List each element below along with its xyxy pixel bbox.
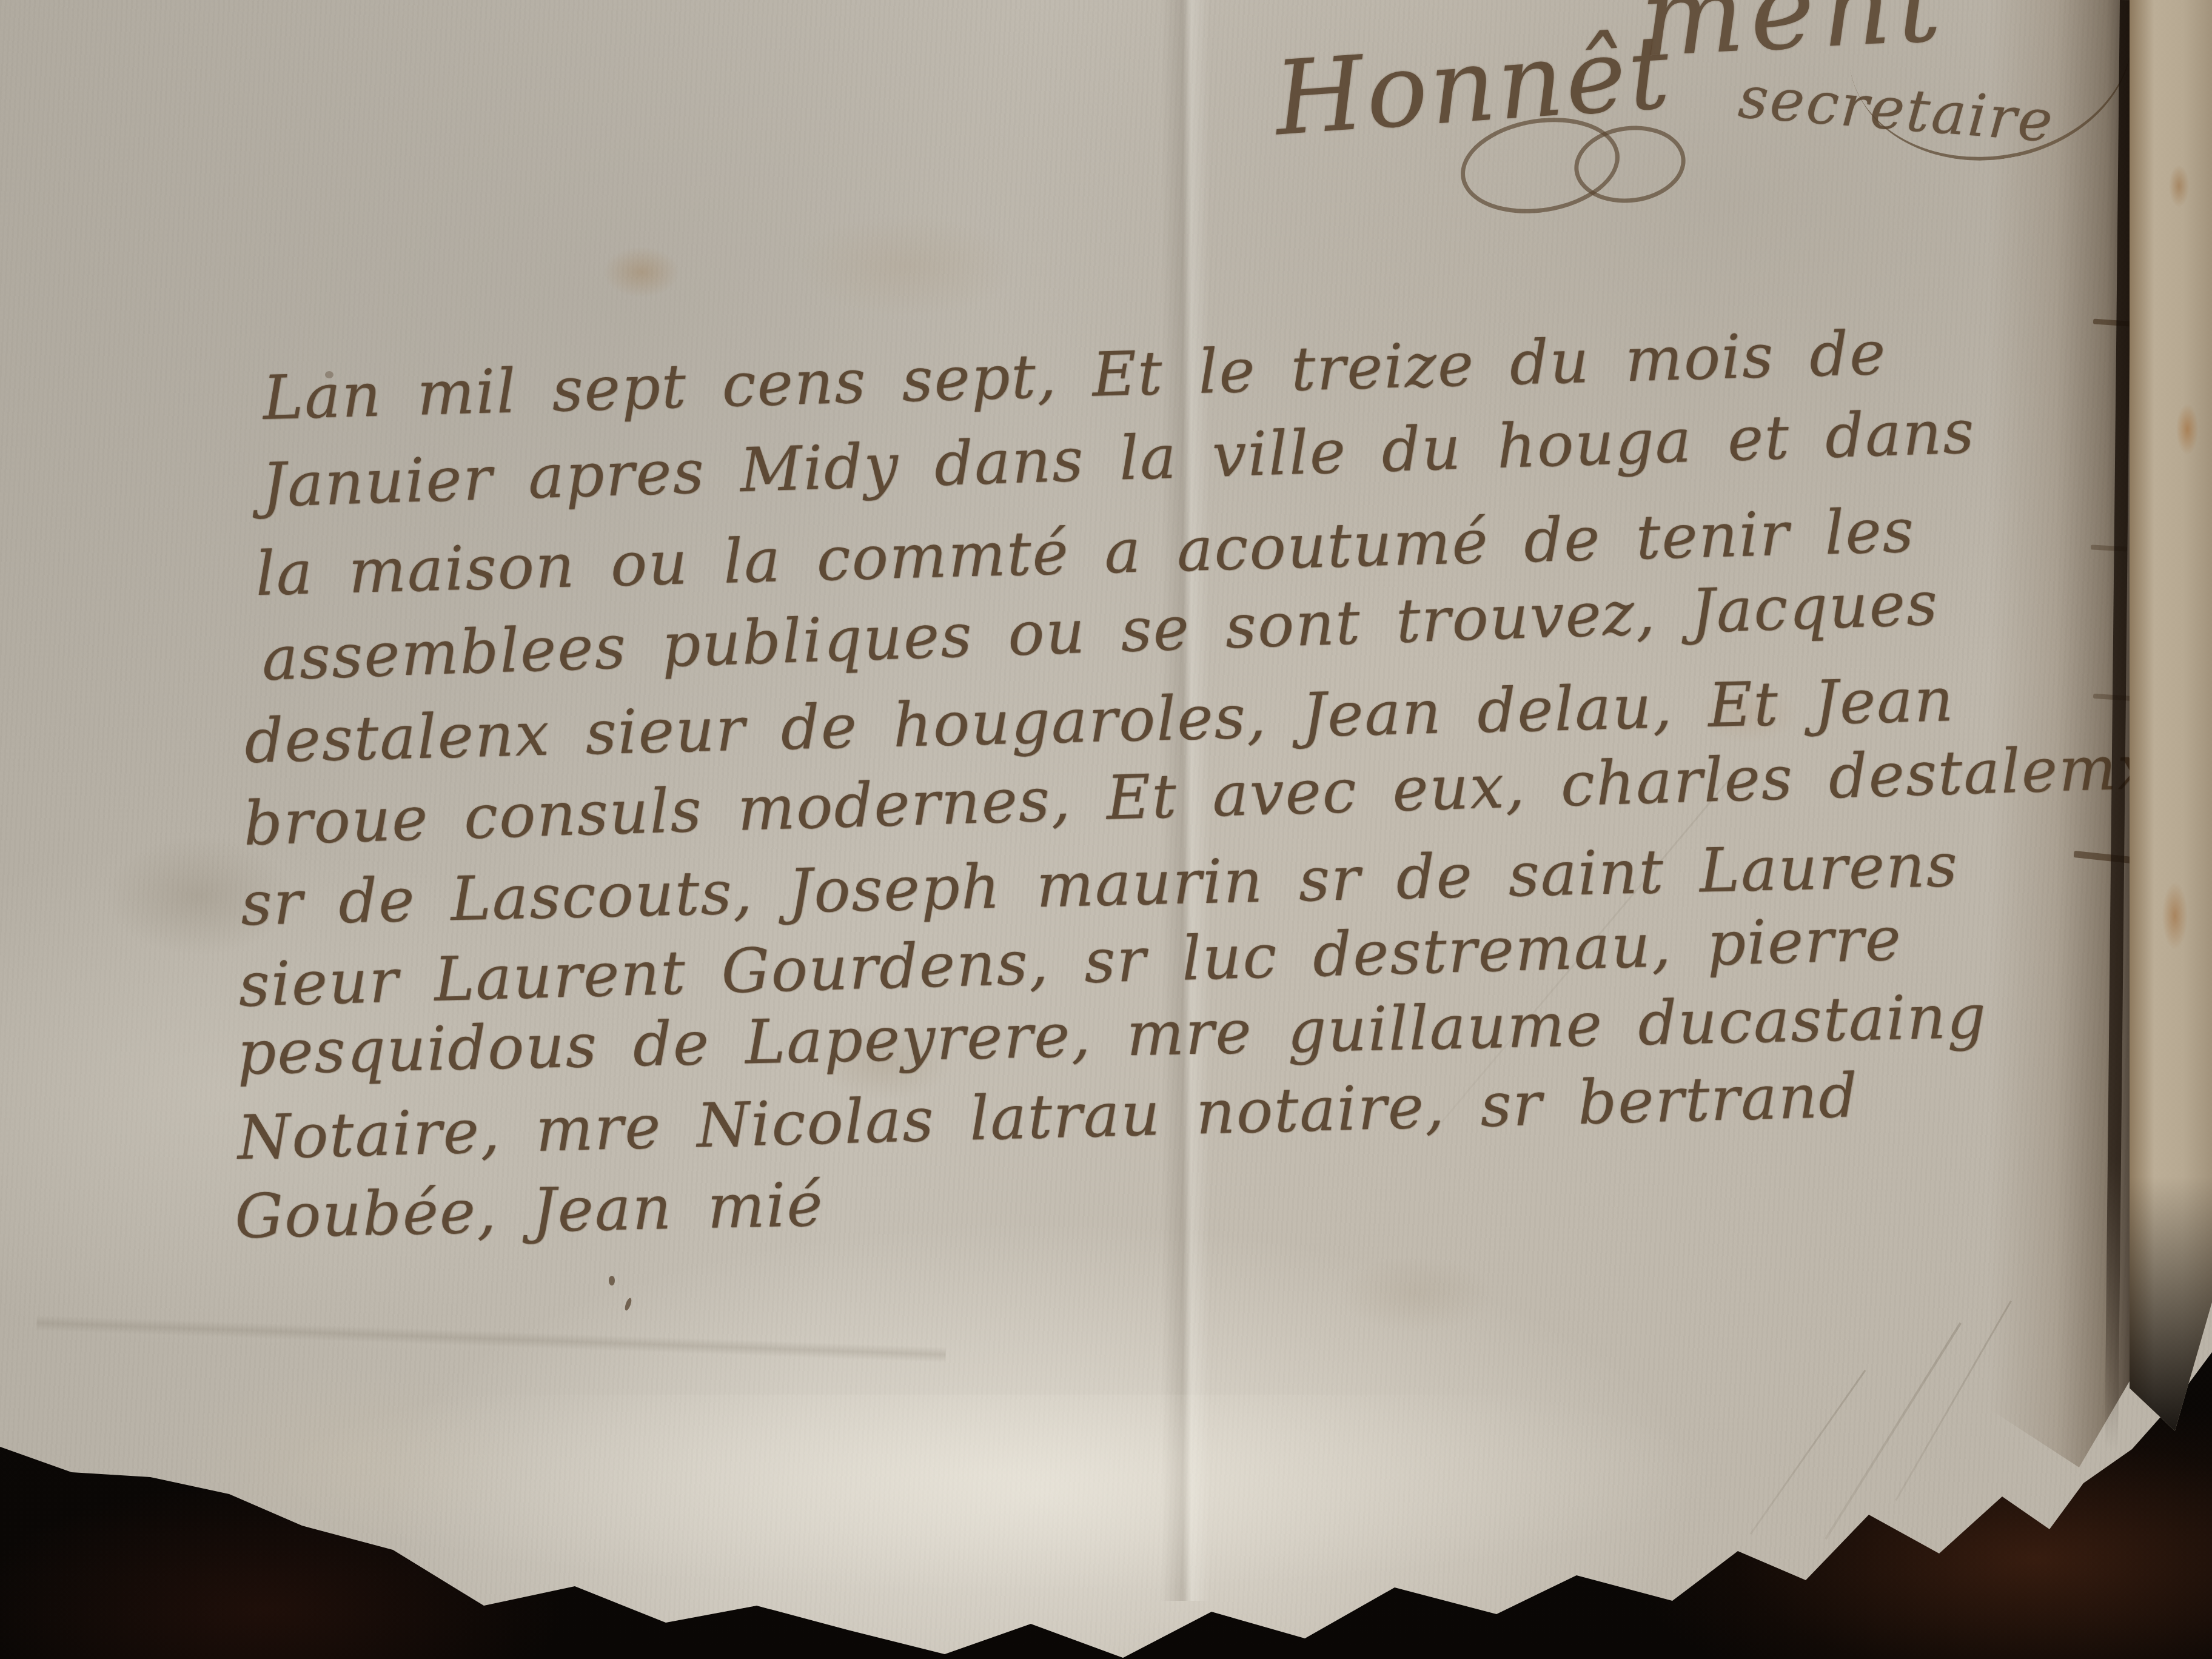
corner-crease	[1825, 1322, 1962, 1540]
body-line: Goubée, Jean mié	[234, 1169, 825, 1252]
horizontal-crease	[36, 1315, 946, 1362]
photo-stage: ment Honnêt secretaire Lan mil sept cens…	[0, 0, 2212, 1659]
manuscript-page: ment Honnêt secretaire Lan mil sept cens…	[0, 0, 2212, 1659]
ink-speck	[609, 1276, 615, 1285]
corner-crease	[1895, 1301, 2012, 1501]
adjacent-page-edge	[2130, 0, 2212, 1431]
ink-speck	[325, 371, 333, 378]
ink-speck	[623, 1297, 632, 1311]
corner-crease	[1750, 1370, 1866, 1535]
